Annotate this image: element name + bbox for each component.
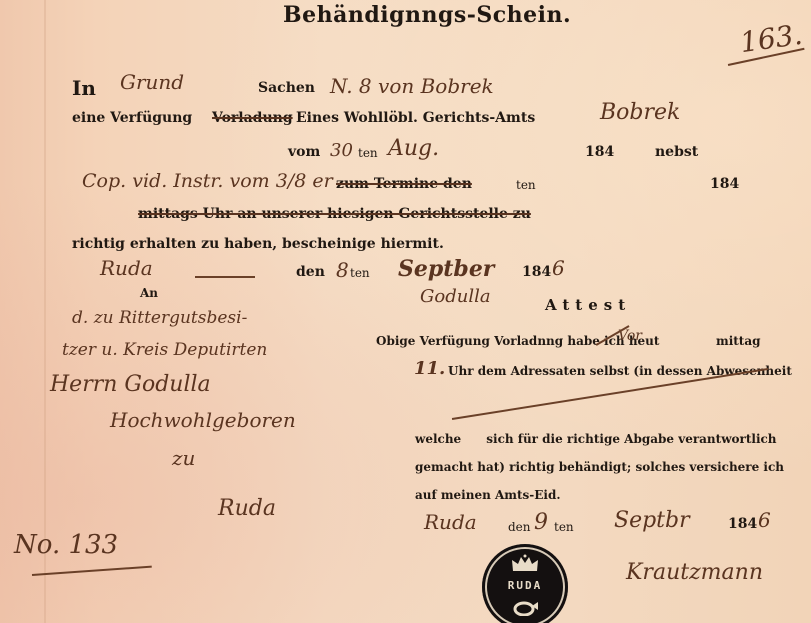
hand-place: Ruda: [100, 256, 153, 280]
document-title: Behändignngs-Schein.: [283, 2, 571, 28]
recipient-line-6: Ruda: [218, 496, 276, 521]
attest-line-2: Uhr dem Adressaten selbst (in dessen Abw…: [448, 364, 792, 378]
print-year: 184: [585, 144, 614, 160]
attest-hand-place: Ruda: [424, 510, 477, 534]
recipient-line-3: Herrn Godulla: [50, 372, 211, 397]
reference-number: 163.: [738, 18, 804, 59]
hand-case: N. 8 von Bobrek: [330, 74, 494, 98]
print-struck-vorladung: Vorladung: [212, 110, 293, 126]
print-nebst: nebst: [655, 144, 698, 160]
hand-office: Bobrek: [600, 100, 680, 125]
print-gerichtsamt: Eines Wohllöbl. Gerichts-Amts: [296, 110, 535, 126]
hand-month: Aug.: [388, 136, 439, 161]
attest-print-year: 184: [728, 516, 757, 532]
attest-print-ten: ten: [554, 520, 574, 534]
print-ten: ten: [358, 146, 378, 160]
attest-hand-year-digit: 6: [758, 508, 771, 532]
attest-line-4: gemacht hat) richtig behändigt; solches …: [415, 460, 784, 474]
hand-day-2: 8: [336, 258, 349, 282]
print-ten-3: ten: [350, 266, 370, 280]
attest-hand-name: Godulla: [420, 286, 491, 307]
post-horn-icon: [512, 600, 538, 616]
print-richtig-erhalten: richtig erhalten zu haben, bescheinige h…: [72, 236, 444, 252]
recipient-line-2: tzer u. Kreis Deputirten: [62, 340, 267, 360]
recipient-line-4: Hochwohlgeboren: [110, 408, 296, 432]
attest-line-1: Obige Verfügung Vorladnng habe ich heut: [376, 334, 659, 348]
ruda-seal-stamp: RUDA: [482, 544, 568, 623]
print-in: In: [72, 76, 96, 100]
signature: Krautzmann: [626, 560, 763, 585]
print-verfuegung: eine Verfügung: [72, 110, 192, 126]
hand-year-digit: 6: [552, 256, 565, 280]
attest-line-3: welche sich für die richtige Abgabe vera…: [415, 432, 777, 446]
attest-hand-day: 9: [534, 510, 548, 535]
print-struck-mittags: mittags Uhr an unserer hiesigen Gerichts…: [138, 206, 531, 222]
print-year-3: 184: [522, 264, 551, 280]
crown-icon: [510, 554, 540, 574]
underline: [32, 566, 152, 576]
attest-hand-hour: 11.: [414, 358, 445, 379]
hand-copy-note: Cop. vid. Instr. vom 3/8 er: [82, 170, 333, 192]
archive-number: No. 133: [14, 530, 118, 560]
hand-matter: Grund: [120, 70, 184, 94]
underline: [195, 276, 255, 278]
hand-month-2: Septber: [398, 256, 494, 282]
attest-print-den: den: [508, 520, 531, 534]
attest-heading: Attest: [545, 296, 631, 314]
print-struck-termine: zum Termine den: [336, 176, 472, 192]
print-an: An: [140, 286, 158, 300]
stamp-text: RUDA: [482, 579, 568, 592]
hand-day: 30: [330, 140, 353, 161]
print-den: den: [296, 264, 325, 280]
recipient-line-1: d. zu Rittergutsbesi-: [72, 308, 247, 328]
print-ten-2: ten: [516, 178, 536, 192]
attest-mittag: mittag: [716, 334, 761, 348]
attest-hand-month: Septbr: [614, 508, 690, 533]
recipient-line-5: zu: [172, 446, 195, 470]
print-year-2: 184: [710, 176, 739, 192]
attest-line-5: auf meinen Amts-Eid.: [415, 488, 561, 502]
print-vom: vom: [288, 144, 320, 160]
print-sachen: Sachen: [258, 80, 315, 96]
